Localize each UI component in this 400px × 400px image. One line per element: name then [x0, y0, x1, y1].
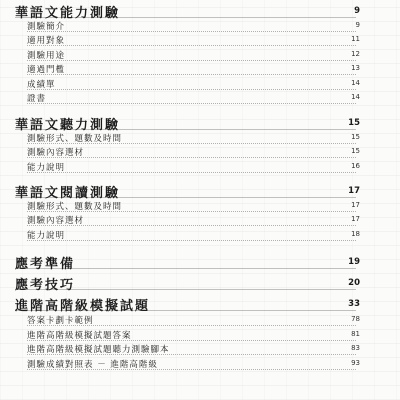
toc-heading-label: 華語文能力測驗	[15, 2, 120, 21]
toc-item[interactable]: 測驗成績對照表 － 進階高階級 93	[0, 358, 400, 372]
page-number: 33	[330, 299, 360, 309]
page-number: 11	[330, 35, 360, 43]
toc-heading-listening-reading-test[interactable]: 華語文能力測驗 9	[0, 6, 400, 20]
leader-line	[27, 31, 356, 32]
toc-item[interactable]: 能力說明 18	[0, 229, 400, 243]
leader-line	[27, 172, 356, 173]
page-number: 20	[330, 278, 360, 288]
page-number: 18	[330, 230, 360, 238]
leader-line	[27, 325, 356, 326]
page-number: 15	[330, 147, 360, 155]
page-number: 81	[330, 330, 360, 338]
leader-line	[27, 89, 356, 90]
page-number: 78	[330, 315, 360, 323]
page-number: 17	[330, 215, 360, 223]
leader-line	[27, 354, 356, 355]
page-number: 14	[330, 79, 360, 87]
toc-heading-listening-test[interactable]: 華語文聽力測驗 15	[0, 118, 400, 132]
leader-line	[27, 340, 356, 341]
page-number: 9	[330, 6, 360, 16]
page-number: 15	[330, 118, 360, 128]
leader-line	[27, 143, 356, 144]
leader-line	[27, 211, 356, 212]
leader-line	[27, 157, 356, 158]
toc-item[interactable]: 測驗形式、題數及時間 15	[0, 132, 400, 146]
toc-heading-reading-test[interactable]: 華語文閱讀測驗 17	[0, 186, 400, 200]
leader-line	[15, 268, 356, 269]
page-number: 17	[330, 186, 360, 196]
toc-item[interactable]: 成績單 14	[0, 78, 400, 92]
toc-heading-label: 華語文聽力測驗	[15, 114, 120, 133]
leader-line	[15, 17, 356, 18]
toc-item[interactable]: 進階高階級模擬試題聽力測驗腳本 83	[0, 343, 400, 357]
toc-item[interactable]: 進階高階級模擬試題答案 81	[0, 329, 400, 343]
leader-line	[27, 369, 356, 370]
toc-heading-mock-exam[interactable]: 進階高階級模擬試題 33	[0, 299, 400, 313]
toc-heading-label: 應考準備	[15, 253, 75, 272]
leader-line	[27, 60, 356, 61]
page-number: 15	[330, 133, 360, 141]
leader-line	[15, 310, 356, 311]
leader-line	[27, 45, 356, 46]
toc-item[interactable]: 能力說明 16	[0, 161, 400, 175]
leader-line	[27, 103, 356, 104]
page-number: 93	[330, 359, 360, 367]
toc-item[interactable]: 證書 14	[0, 92, 400, 106]
toc-item[interactable]: 測驗形式、題數及時間 17	[0, 200, 400, 214]
toc-item[interactable]: 適用對象 11	[0, 34, 400, 48]
page-number: 17	[330, 201, 360, 209]
toc-heading-label: 進階高階級模擬試題	[15, 295, 150, 314]
toc-item[interactable]: 答案卡劃卡範例 78	[0, 314, 400, 328]
toc-heading-exam-preparation[interactable]: 應考準備 19	[0, 257, 400, 271]
page-number: 19	[330, 257, 360, 267]
toc-heading-label: 華語文閱讀測驗	[15, 182, 120, 201]
page-number: 16	[330, 162, 360, 170]
leader-line	[27, 240, 356, 241]
toc-item[interactable]: 測驗用途 12	[0, 49, 400, 63]
page-number: 12	[330, 50, 360, 58]
page-number: 14	[330, 93, 360, 101]
toc-page: 華語文能力測驗 9 測驗簡介 9 適用對象 11 測驗用途 12 適過門檻 13…	[0, 0, 400, 400]
leader-line	[27, 225, 356, 226]
leader-line	[15, 289, 356, 290]
toc-heading-label: 應考技巧	[15, 274, 75, 293]
toc-heading-exam-tips[interactable]: 應考技巧 20	[0, 278, 400, 292]
leader-line	[27, 74, 356, 75]
toc-item[interactable]: 測驗內容選材 17	[0, 214, 400, 228]
toc-item[interactable]: 適過門檻 13	[0, 63, 400, 77]
toc-item[interactable]: 測驗內容選材 15	[0, 146, 400, 160]
leader-line	[15, 197, 356, 198]
page-number: 83	[330, 344, 360, 352]
toc-item[interactable]: 測驗簡介 9	[0, 20, 400, 34]
page-number: 13	[330, 64, 360, 72]
leader-line	[15, 129, 356, 130]
page-number: 9	[330, 21, 360, 29]
